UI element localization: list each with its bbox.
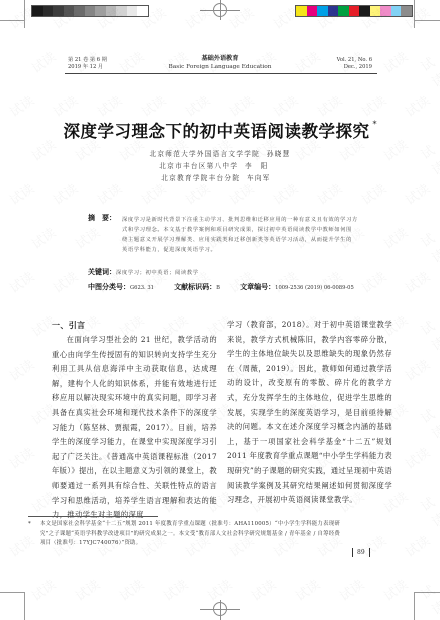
calibration-swatch [296,6,307,16]
calibration-swatch [349,6,360,16]
watermark-text: 试读 [247,574,279,604]
article-title: 深度学习理念下的初中英语阅读教学探究 [64,122,370,141]
calibration-swatch [116,6,127,16]
calibration-swatch [32,6,43,16]
watermark-text: 试读 [401,266,433,296]
watermark-text: 试读 [416,51,440,90]
watermark-text: 试读 [401,530,433,560]
watermark-text: 试读 [203,574,235,604]
watermark-text: 试读 [269,90,301,120]
abstract-line: 深度学习是新时代背景下注重主动学习、批判思维和迁移应用的一种有意义且有效的学习方 [122,215,388,225]
watermark-text: 试读 [71,222,103,252]
calibration-swatch [401,6,412,16]
journal-name-cn: 基础外语教育 [150,55,290,63]
abstract-line: 式和学习理念。本文基于教学案例和项目研究成果，探讨初中英语阅读教学中教师如何围 [122,225,388,235]
journal-name: 基础外语教育 Basic Foreign Language Education [150,55,290,71]
watermark-text: 试读 [416,491,440,530]
watermark-text: 试读 [159,574,191,604]
watermark-text: 试读 [416,315,440,354]
volume-issue-en: Vol. 21, No. 6 [337,57,372,64]
watermark-text: 试读 [313,90,345,120]
article-no-value: 1009-2536 (2019) 06-0089-05 [275,285,354,291]
journal-volume-info: 第 21 卷 第 6 期 2019 年 12 月 [68,57,107,71]
abstract-text: 深度学习是新时代背景下注重主动学习、批判思维和迁移应用的一种有意义且有效的学习方… [122,215,388,255]
watermark-text: 试读 [27,574,59,604]
calibration-swatch [391,6,402,16]
watermark-text: 试读 [401,442,433,472]
header-rule [65,73,377,74]
grayscale-calibration-bar [31,5,149,17]
watermark-text: 试读 [49,266,81,296]
watermark-text: 试读 [49,90,81,120]
body-paragraph: 学习（教育部，2018）。对于初中英语课堂教学来说，教学方式机械陈旧，教学内容零… [227,318,392,508]
author-name: 李 阳 [245,162,269,170]
abstract-line: 绕主题意义开展学习理解类、应用实践类和迁移创新类等英语学习活动，从而提升学生的 [122,235,388,245]
author-name: 车向军 [247,174,271,182]
watermark-text: 试读 [71,574,103,604]
calibration-swatch [53,6,64,16]
watermark-text: 试读 [115,574,147,604]
calibration-swatch [380,6,391,16]
color-calibration-bar [295,5,413,17]
watermark-text: 试读 [225,90,257,120]
journal-name-en: Basic Foreign Language Education [150,63,290,71]
calibration-swatch [64,6,75,16]
section-heading: 一、引言 [52,319,217,333]
watermark-text: 试读 [379,46,411,76]
page-number: 89 [352,548,370,557]
author-row: 北京教育学院丰台分院 车向军 [0,172,440,184]
watermark-text: 试读 [401,90,433,120]
watermark-text: 试读 [401,354,433,384]
date-cn: 2019 年 12 月 [68,64,107,71]
volume-issue-cn: 第 21 卷 第 6 期 [68,57,107,64]
footnote-rule [28,516,158,517]
watermark-text: 试读 [416,403,440,442]
calibration-swatch [359,6,370,16]
calibration-swatch [370,6,381,16]
footnote: * 本文是国家社会科学基金“十二五”规划 2011 年度教育学重点课题（批准号：… [28,520,340,549]
watermark-text: 试读 [5,354,37,384]
watermark-text: 试读 [291,574,323,604]
clc-label: 中图分类号： [88,283,130,291]
doc-code-value: B [216,285,220,291]
watermark-text: 试读 [5,266,37,296]
watermark-text: 试读 [181,2,213,32]
footnote-text: 本文是国家社会科学基金“十二五”规划 2011 年度教育学重点课题（批准号：AH… [40,520,340,549]
author-row: 北京师范大学外国语言文学学院 孙晓慧 [0,148,440,160]
watermark-text: 试读 [416,579,440,618]
calibration-swatch [85,6,96,16]
calibration-swatch [74,6,85,16]
calibration-swatch [95,6,106,16]
watermark-text: 试读 [137,90,169,120]
author-affiliation: 北京市丰台区第八中学 [159,162,238,170]
watermark-text: 试读 [357,90,389,120]
watermark-text: 试读 [27,222,59,252]
classification-block: 中图分类号：G623. 31 文献标识码：B 文章编号：1009-2536 (2… [88,274,354,293]
watermark-text: 试读 [416,227,440,266]
calibration-swatch [317,6,328,16]
calibration-swatch [328,6,339,16]
title-footnote-mark: * [373,120,377,129]
date-en: Dec., 2019 [337,64,372,71]
watermark-text: 试读 [5,90,37,120]
watermark-text: 试读 [27,46,59,76]
body-paragraph: 在面向学习型社会的 21 世纪，教学活动的重心由向学生传授固有的知识转向支持学生… [52,333,217,523]
abstract-line: 英语学科能力，促进深度英语学习。 [122,245,388,255]
journal-volume-info-en: Vol. 21, No. 6 Dec., 2019 [337,57,372,71]
calibration-swatch [106,6,117,16]
calibration-swatch [137,6,148,16]
author-affiliation: 北京师范大学外国语言文学学院 [150,150,261,158]
clc-value: G623. 31 [130,285,154,291]
watermark-text: 试读 [225,2,257,32]
watermark-text: 试读 [379,574,411,604]
footnote-mark: * [28,520,31,530]
calibration-swatch [127,6,138,16]
calibration-swatch [338,6,349,16]
abstract-label: 摘 要： [88,213,116,223]
calibration-swatch [307,6,318,16]
body-left-column: 一、引言 在面向学习型社会的 21 世纪，教学活动的重心由向学生传授固有的知识转… [52,319,217,523]
body-right-column: 学习（教育部，2018）。对于初中英语课堂教学来说，教学方式机械陈旧，教学内容零… [227,318,392,508]
calibration-swatch [43,6,54,16]
article-no-label: 文章编号： [240,283,275,291]
watermark-text: 试读 [335,574,367,604]
article-title-block: 深度学习理念下的初中英语阅读教学探究* [0,118,440,142]
author-row: 北京市丰台区第八中学 李 阳 [0,160,440,172]
watermark-text: 试读 [181,90,213,120]
author-affiliation: 北京教育学院丰台分院 [161,174,240,182]
watermark-text: 试读 [93,90,125,120]
watermark-text: 试读 [357,266,389,296]
watermark-text: 试读 [5,442,37,472]
doc-code-label: 文献标识码： [174,283,216,291]
author-list: 北京师范大学外国语言文学学院 孙晓慧 北京市丰台区第八中学 李 阳 北京教育学院… [0,148,440,184]
author-name: 孙晓慧 [267,150,291,158]
